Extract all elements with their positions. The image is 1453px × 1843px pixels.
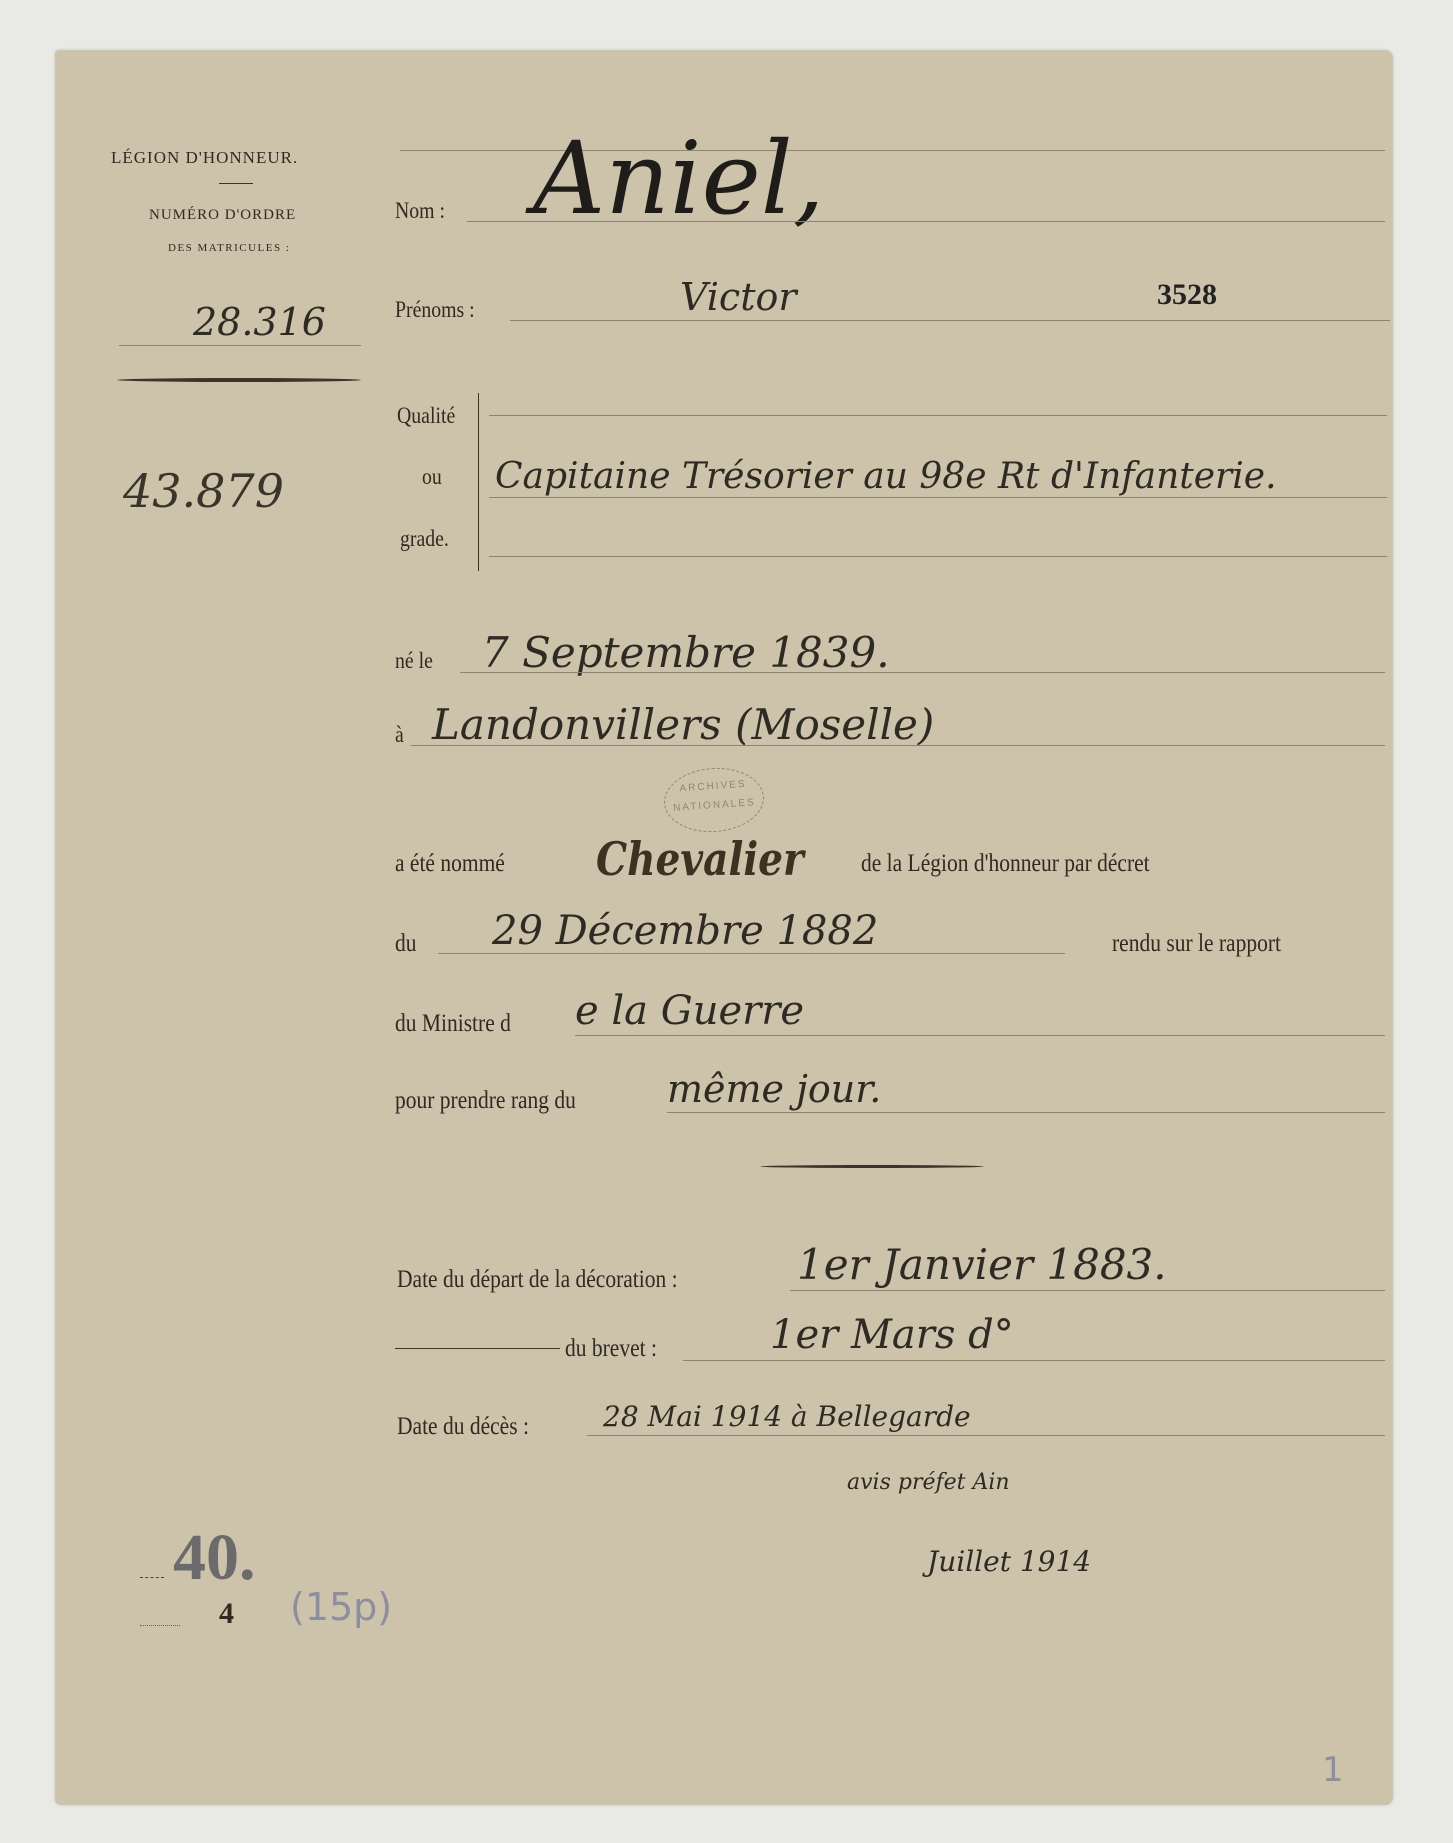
qualite-bottom-line [489, 556, 1387, 557]
dash-mark-1 [140, 1577, 164, 1578]
a-value: Landonvillers (Moselle) [432, 700, 934, 749]
rang-line [667, 1112, 1385, 1113]
du-label: du [395, 930, 417, 958]
a-line [411, 745, 1385, 746]
archives-nationales-stamp: ARCHIVES NATIONALES [662, 765, 766, 836]
brevet-ditto-rule [395, 1348, 560, 1349]
dash-mark-2 [140, 1625, 180, 1626]
prenoms-value: Victor [680, 275, 797, 319]
deces-label: Date du décès : [397, 1413, 529, 1441]
nomme-prefix: a été nommé [395, 850, 505, 878]
grade-title-chevalier: Chevalier [596, 832, 804, 886]
du-value: 29 Décembre 1882 [492, 908, 878, 954]
ministre-line [575, 1035, 1385, 1036]
prenoms-label: Prénoms : [395, 297, 475, 323]
nomme-suffix: de la Légion d'honneur par décret [861, 850, 1150, 878]
ministre-label: du Ministre d [395, 1010, 511, 1038]
qualite-middle-line [489, 497, 1387, 498]
qualite-top-line [489, 415, 1387, 416]
header-rule [219, 183, 253, 184]
nom-line [467, 221, 1385, 222]
ou-label: ou [422, 464, 442, 490]
stamped-number-40: 40. [173, 1520, 256, 1596]
prenoms-line [510, 320, 1390, 321]
ministre-value: e la Guerre [575, 988, 804, 1034]
depart-line [790, 1290, 1385, 1291]
matricule-swash [117, 378, 361, 382]
stamped-number: 3528 [1157, 278, 1217, 312]
qualite-label: Qualité [397, 403, 455, 429]
stamp-line-2: NATIONALES [665, 797, 764, 815]
brevet-line [683, 1360, 1385, 1361]
matricule-number: 28.316 [193, 300, 326, 344]
deces-line [587, 1435, 1385, 1436]
qualite-brace [478, 393, 489, 571]
note-prefet: avis préfet Ain [847, 1470, 1010, 1495]
section-separator [760, 1165, 984, 1168]
a-label: à [395, 722, 404, 748]
du-line [438, 953, 1065, 954]
rang-label: pour prendre rang du [395, 1087, 576, 1115]
deces-value: 28 Mai 1914 à Bellegarde [603, 1400, 971, 1433]
brevet-value: 1er Mars d° [770, 1312, 1014, 1358]
nom-value: Aniel, [533, 120, 825, 237]
qualite-value: Capitaine Trésorier au 98e Rt d'Infanter… [495, 456, 1277, 497]
page-number: 1 [1322, 1750, 1344, 1790]
legion-honneur-record-card: LÉGION D'HONNEUR. NUMÉRO D'ORDRE DES MAT… [55, 50, 1393, 1805]
pencil-page-count: (15p) [290, 1585, 392, 1629]
note-date: Juillet 1914 [927, 1545, 1091, 1578]
dossier-number: 43.879 [123, 464, 284, 518]
nom-label: Nom : [395, 198, 445, 224]
stamp-line-1: ARCHIVES [664, 778, 763, 796]
ne-le-line [460, 672, 1385, 673]
rendu-label: rendu sur le rapport [1112, 930, 1281, 958]
brevet-label: du brevet : [565, 1335, 657, 1363]
numero-ordre-label: NUMÉRO D'ORDRE [149, 207, 296, 224]
depart-value: 1er Janvier 1883. [797, 1240, 1167, 1289]
box-number: 4 [219, 1597, 234, 1631]
des-matricules-label: DES MATRICULES : [168, 242, 290, 254]
ne-le-value: 7 Septembre 1839. [482, 628, 890, 677]
matricule-underline [119, 345, 361, 346]
ne-le-label: né le [395, 648, 433, 674]
grade-label: grade. [400, 526, 449, 552]
depart-label: Date du départ de la décoration : [397, 1266, 678, 1294]
rang-value: même jour. [667, 1067, 881, 1111]
header-legion-honneur: LÉGION D'HONNEUR. [111, 148, 298, 168]
